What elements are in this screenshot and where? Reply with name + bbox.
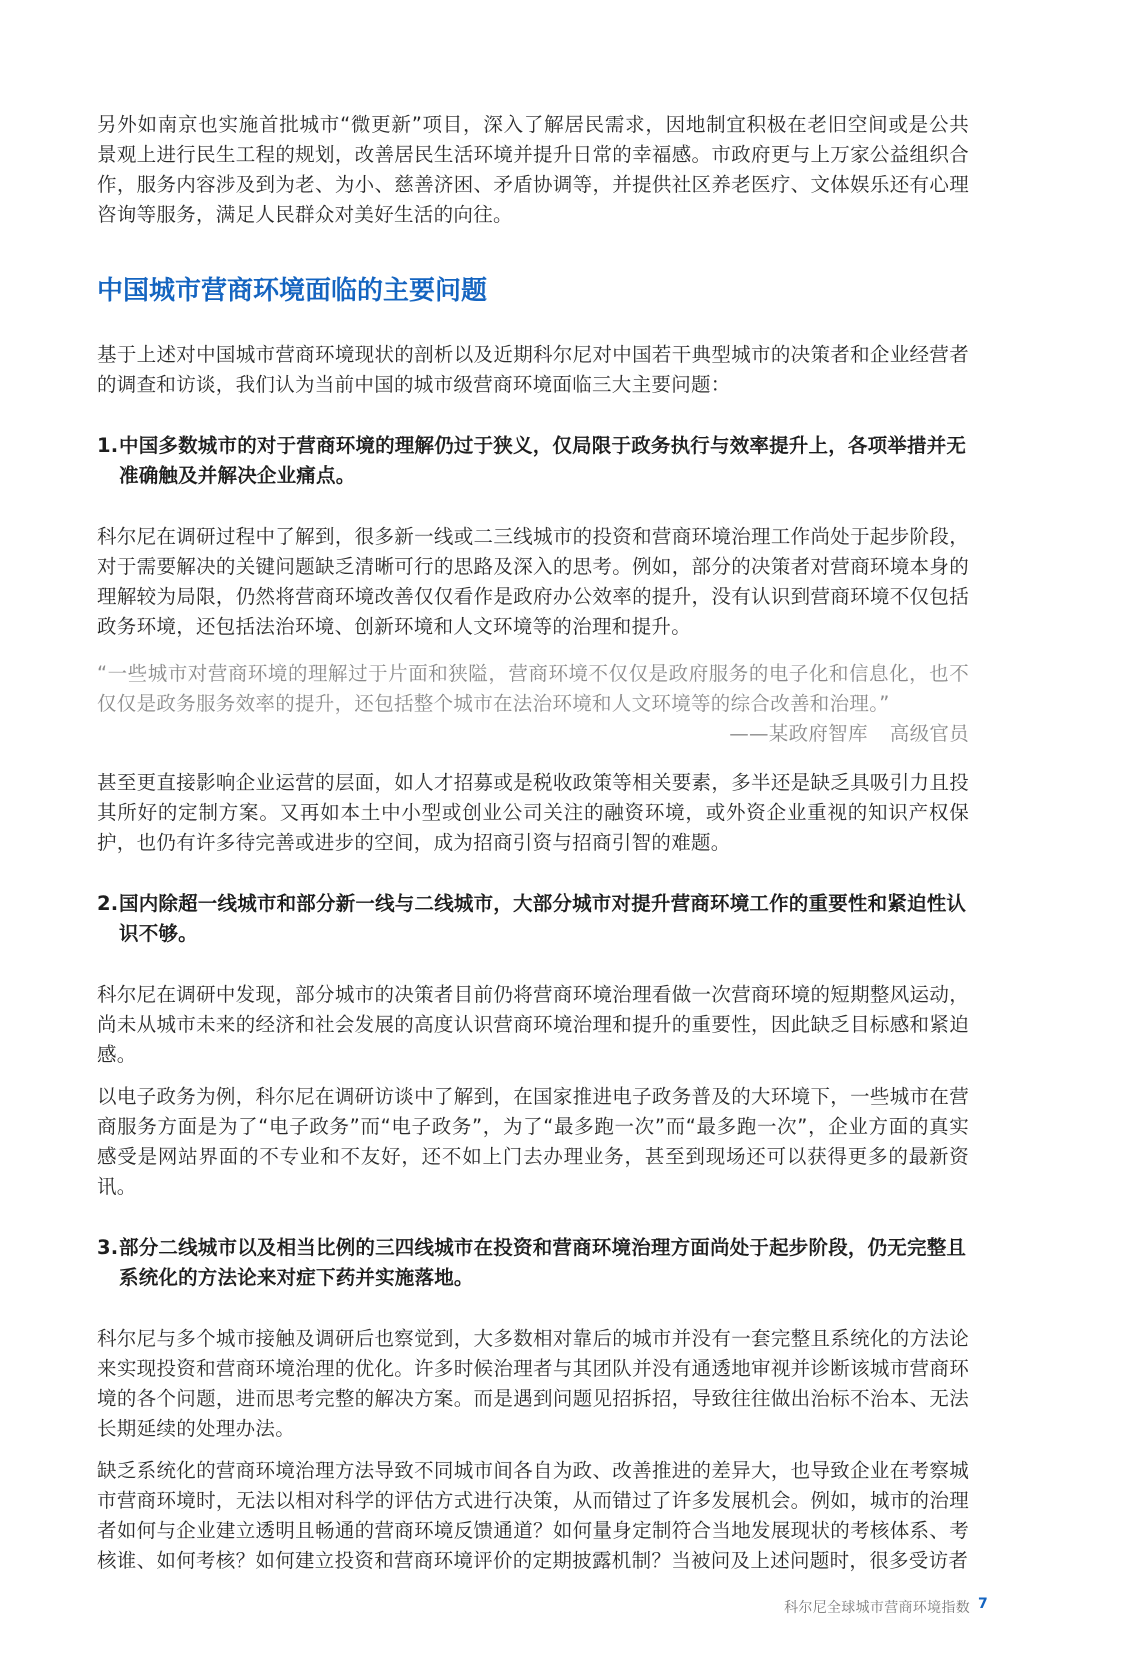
issue-1-heading: 1.中国多数城市的对于营商环境的理解仍过于狭义，仅局限于政务执行与效率提升上，各… [97,431,969,491]
issue-2-paragraph-1: 科尔尼在调研中发现，部分城市的决策者目前仍将营商环境治理看做一次营商环境的短期整… [97,980,969,1070]
footer-page-number: 7 [978,1596,988,1612]
issue-3-heading: 3.部分二线城市以及相当比例的三四线城市在投资和营商环境治理方面尚处于起步阶段，… [97,1233,969,1293]
issue-1-paragraph-1: 科尔尼在调研过程中了解到，很多新一线或二三线城市的投资和营商环境治理工作尚处于起… [97,522,969,642]
issue-2-heading: 2.国内除超一线城市和部分新一线与二线城市，大部分城市对提升营商环境工作的重要性… [97,889,969,949]
issue-3-heading-text: 部分二线城市以及相当比例的三四线城市在投资和营商环境治理方面尚处于起步阶段，仍无… [119,1236,966,1289]
issue-3-number: 3. [97,1233,119,1263]
quote-source: ——某政府智库 [729,722,868,745]
section-lead-paragraph: 基于上述对中国城市营商环境现状的剖析以及近期科尔尼对中国若干典型城市的决策者和企… [97,340,969,400]
document-page: 另外如南京也实施首批城市“微更新”项目，深入了解居民需求，因地制宜积极在老旧空间… [97,110,969,1576]
quote-attribution: ——某政府智库高级官员 [97,719,969,749]
issue-1-paragraph-2: 甚至更直接影响企业运营的层面，如人才招募或是税收政策等相关要素，多半还是缺乏具吸… [97,768,969,858]
issue-3-paragraph-2: 缺乏系统化的营商环境治理方法导致不同城市间各自为政、改善推进的差异大，也导致企业… [97,1456,969,1576]
pull-quote: “一些城市对营商环境的理解过于片面和狭隘，营商环境不仅仅是政府服务的电子化和信息… [97,659,969,719]
issue-1-heading-text: 中国多数城市的对于营商环境的理解仍过于狭义，仅局限于政务执行与效率提升上，各项举… [119,434,966,487]
issue-2-heading-text: 国内除超一线城市和部分新一线与二线城市，大部分城市对提升营商环境工作的重要性和紧… [119,892,966,945]
issue-2-number: 2. [97,889,119,919]
issue-3-paragraph-1: 科尔尼与多个城市接触及调研后也察觉到，大多数相对靠后的城市并没有一套完整且系统化… [97,1324,969,1444]
issue-2-paragraph-2: 以电子政务为例，科尔尼在调研访谈中了解到，在国家推进电子政务普及的大环境下，一些… [97,1082,969,1202]
issue-1-number: 1. [97,431,119,461]
footer-publication-title: 科尔尼全球城市营商环境指数 [784,1597,970,1617]
quote-role: 高级官员 [890,722,969,745]
section-title: 中国城市营商环境面临的主要问题 [97,273,969,309]
intro-paragraph: 另外如南京也实施首批城市“微更新”项目，深入了解居民需求，因地制宜积极在老旧空间… [97,110,969,230]
